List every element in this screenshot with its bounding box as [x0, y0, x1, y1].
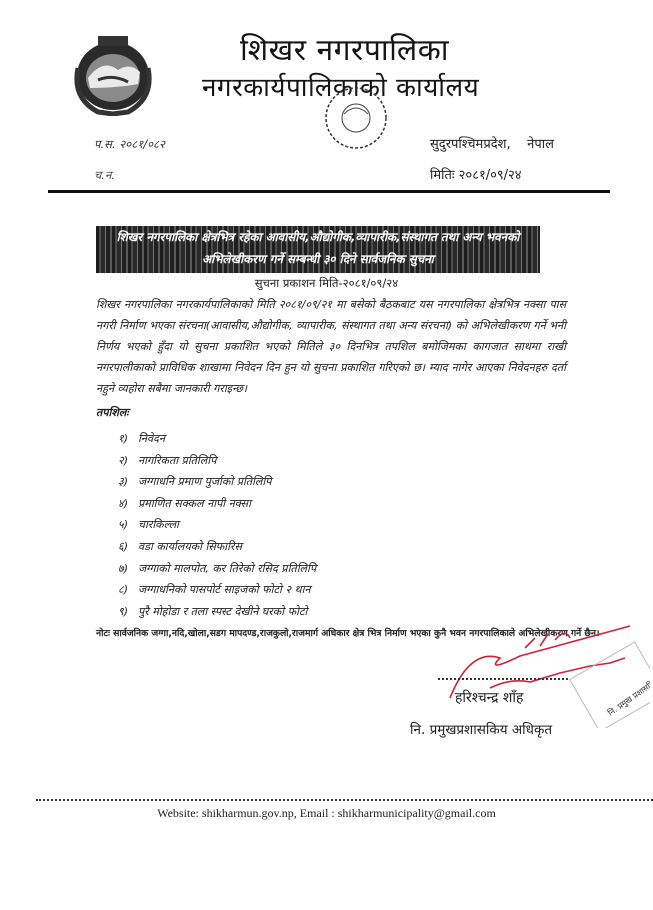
dispatch-number: च.न.: [94, 168, 115, 183]
signature-line: [438, 678, 568, 680]
signatory-designation: नि. प्रमुखप्रशासकिय अधिकृत: [410, 720, 552, 738]
banner-line-2: अभिलेखीकरण गर्ने सम्बन्धी ३० दिने सार्वज…: [96, 248, 540, 270]
list-item: ८)जग्गाधनिको पासपोर्ट साइजको फोटो २ थान: [118, 579, 316, 601]
list-item: ३)जग्गाधनि प्रमाण पुर्जाको प्रतिलिपि: [118, 471, 316, 493]
list-item: ४)प्रमाणित सक्कल नापी नक्सा: [118, 493, 316, 515]
letter-date: मितिः २०८१/०९/२४: [430, 165, 522, 183]
list-item: ६)वडा कार्यालयको सिफारिस: [118, 536, 316, 558]
handwritten-signature-icon: नि. प्रमुख प्रशासकिय अधिकृत: [430, 618, 650, 728]
list-item: १)निवेदन: [118, 428, 316, 450]
footer-contact: Website: shikharmun.gov.np, Email : shik…: [0, 806, 653, 821]
list-item: ५)चारकिल्ला: [118, 514, 316, 536]
list-item: २)नागरिकता प्रतिलिपि: [118, 450, 316, 472]
details-heading: तपशिलः: [96, 405, 129, 420]
list-item: ७)जग्गाको मालपोत, कर तिरेको रसिद प्रतिलि…: [118, 558, 316, 580]
nepal-government-emblem-icon: [68, 28, 158, 116]
svg-text:नि. प्रमुख प्रशासकिय अधिकृत: नि. प्रमुख प्रशासकिय अधिकृत: [606, 659, 650, 718]
list-item: ९)पुरै मोहोडा र तला स्पस्ट देखीने घरको फ…: [118, 601, 316, 623]
required-documents-list: १)निवेदन २)नागरिकता प्रतिलिपि ३)जग्गाधनि…: [118, 428, 316, 622]
office-round-stamp-icon: [296, 80, 411, 170]
municipality-title: शिखर नगरपालिका: [240, 28, 449, 69]
reference-number: प.स. २०८१/०८२: [94, 137, 165, 152]
publication-date: सुचना प्रकाशन मिति-२०८१/०९/२४: [0, 276, 653, 291]
header-divider: [48, 190, 610, 193]
footer-divider: [36, 799, 653, 801]
signatory-name: हरिश्चन्द्र शाँह: [455, 688, 523, 707]
notice-title-banner: शिखर नगरपालिका क्षेत्रभित्र रहेका आवासीय…: [96, 226, 540, 273]
province-country: सुदुरपश्चिमप्रदेश, नेपाल: [430, 134, 554, 152]
notice-body: शिखर नगरपालिका नगरकार्यपालिकाको मिति २०८…: [96, 294, 566, 399]
banner-line-1: शिखर नगरपालिका क्षेत्रभित्र रहेका आवासीय…: [96, 226, 540, 248]
